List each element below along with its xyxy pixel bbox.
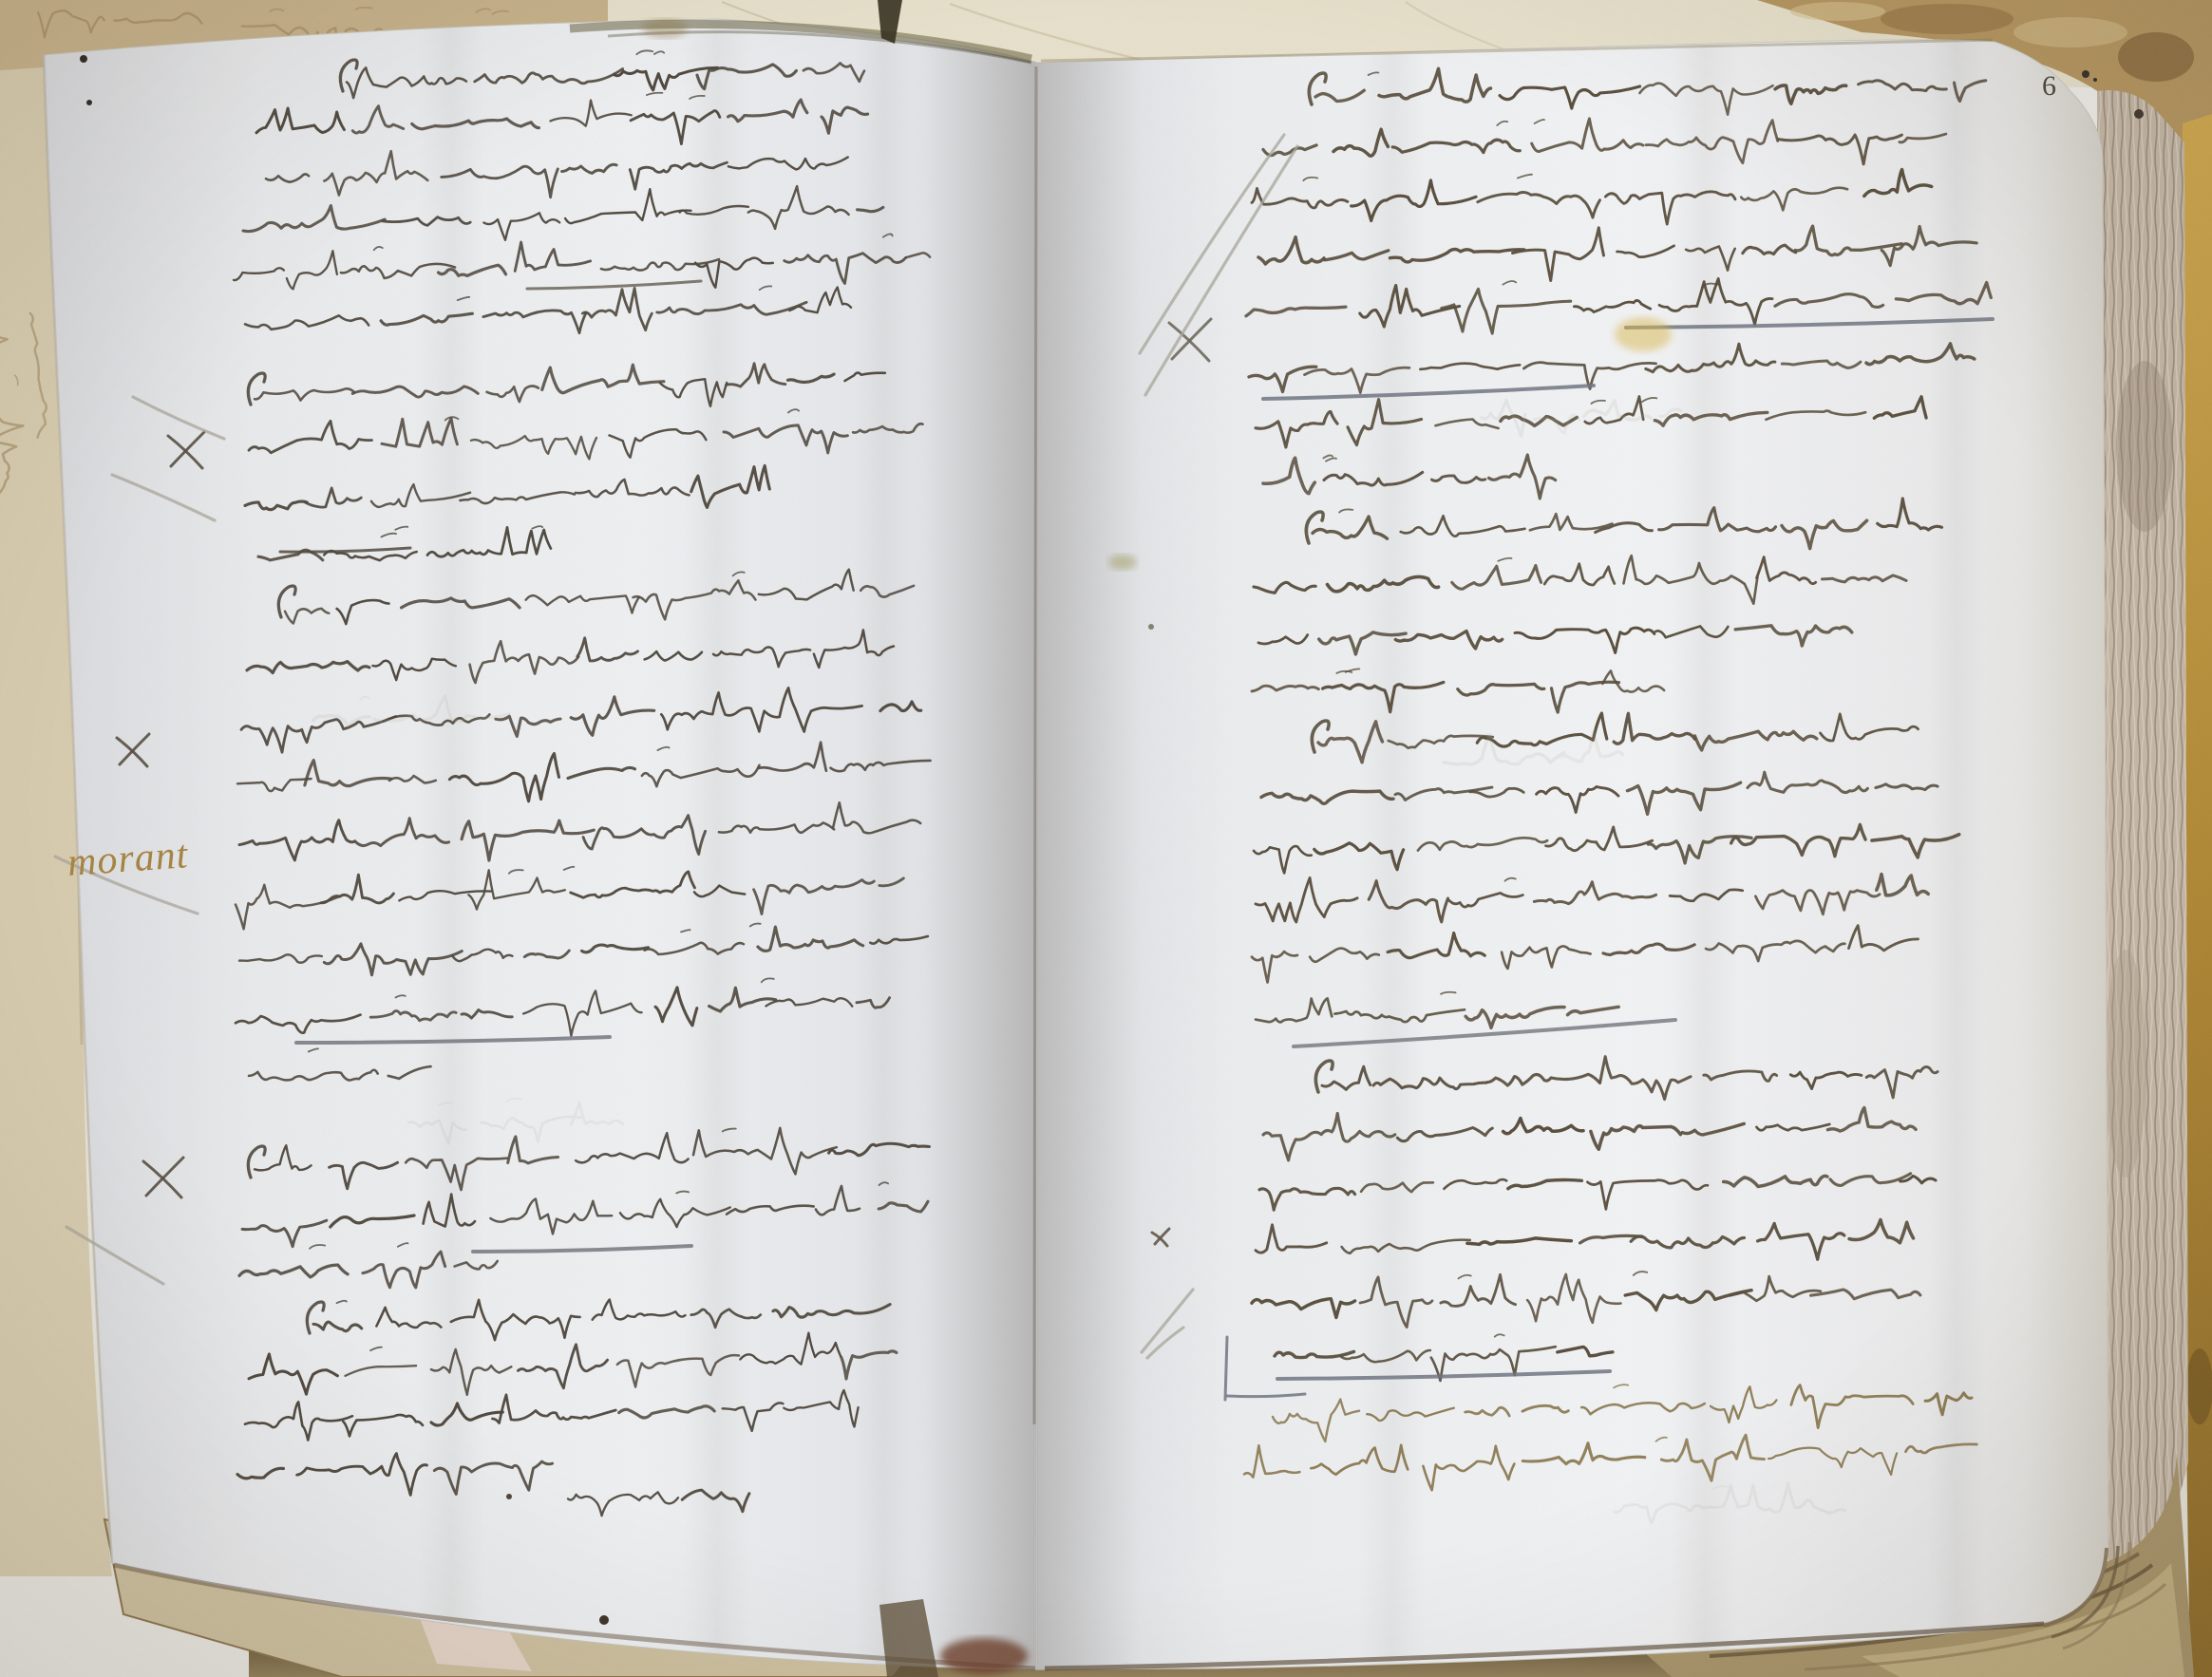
film-grain-overlay (0, 0, 2212, 1677)
manuscript-photo: 6 morant (0, 0, 2212, 1677)
